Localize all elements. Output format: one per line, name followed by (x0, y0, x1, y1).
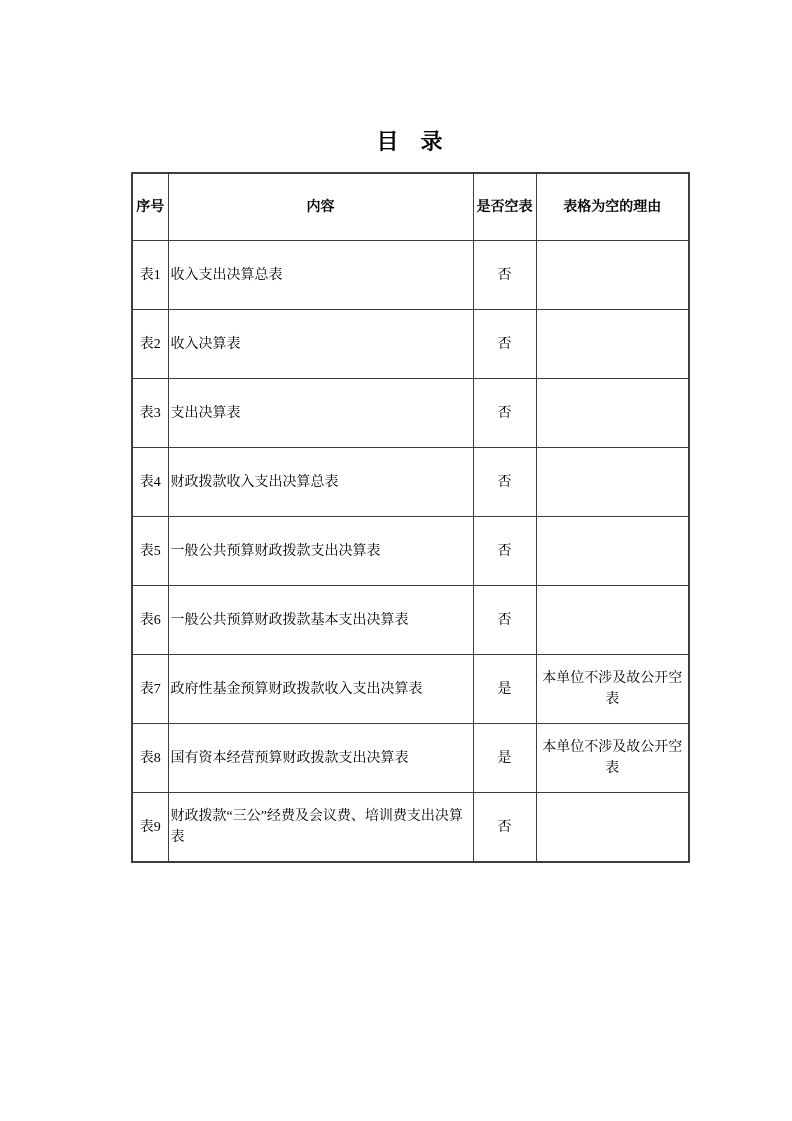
table-cell-reason (536, 241, 689, 310)
toc-table-body: 表1收入支出决算总表否表2收入决算表否表3支出决算表否表4财政拨款收入支出决算总… (132, 241, 689, 863)
table-cell-reason: 本单位不涉及故公开空表 (536, 724, 689, 793)
table-cell-content: 财政拨款“三公”经费及会议费、培训费支出决算表 (168, 793, 473, 863)
table-cell-reason (536, 310, 689, 379)
table-cell-content: 政府性基金预算财政拨款收入支出决算表 (168, 655, 473, 724)
table-cell-reason: 本单位不涉及故公开空表 (536, 655, 689, 724)
table-cell-empty: 是 (473, 724, 536, 793)
page-title: 目 录 (131, 128, 688, 156)
table-cell-no: 表2 (132, 310, 168, 379)
table-cell-reason (536, 586, 689, 655)
table-cell-no: 表8 (132, 724, 168, 793)
toc-table: 序号 内容 是否空表 表格为空的理由 表1收入支出决算总表否表2收入决算表否表3… (131, 172, 690, 863)
table-cell-empty: 否 (473, 793, 536, 863)
document-page: 目 录 序号 内容 是否空表 表格为空的理由 表1收入支出决算总表否表2收入决算… (0, 0, 792, 1121)
table-cell-empty: 否 (473, 241, 536, 310)
table-cell-no: 表3 (132, 379, 168, 448)
table-cell-no: 表9 (132, 793, 168, 863)
table-row: 表8国有资本经营预算财政拨款支出决算表是本单位不涉及故公开空表 (132, 724, 689, 793)
toc-table-header: 序号 内容 是否空表 表格为空的理由 (132, 173, 689, 241)
table-cell-no: 表6 (132, 586, 168, 655)
column-header-content: 内容 (168, 173, 473, 241)
toc-section: 目 录 序号 内容 是否空表 表格为空的理由 表1收入支出决算总表否表2收入决算… (131, 128, 688, 863)
column-header-no: 序号 (132, 173, 168, 241)
table-cell-content: 一般公共预算财政拨款基本支出决算表 (168, 586, 473, 655)
table-cell-empty: 否 (473, 379, 536, 448)
table-cell-reason (536, 517, 689, 586)
table-cell-no: 表7 (132, 655, 168, 724)
table-row: 表4财政拨款收入支出决算总表否 (132, 448, 689, 517)
table-row: 表9财政拨款“三公”经费及会议费、培训费支出决算表否 (132, 793, 689, 863)
table-cell-empty: 否 (473, 448, 536, 517)
table-cell-reason (536, 793, 689, 863)
table-cell-content: 收入支出决算总表 (168, 241, 473, 310)
table-row: 表6一般公共预算财政拨款基本支出决算表否 (132, 586, 689, 655)
table-cell-empty: 否 (473, 586, 536, 655)
column-header-reason: 表格为空的理由 (536, 173, 689, 241)
table-cell-reason (536, 448, 689, 517)
table-cell-no: 表5 (132, 517, 168, 586)
header-row: 序号 内容 是否空表 表格为空的理由 (132, 173, 689, 241)
table-cell-empty: 否 (473, 517, 536, 586)
table-cell-empty: 否 (473, 310, 536, 379)
table-row: 表2收入决算表否 (132, 310, 689, 379)
table-row: 表1收入支出决算总表否 (132, 241, 689, 310)
table-row: 表3支出决算表否 (132, 379, 689, 448)
table-cell-content: 国有资本经营预算财政拨款支出决算表 (168, 724, 473, 793)
table-cell-content: 收入决算表 (168, 310, 473, 379)
table-cell-no: 表4 (132, 448, 168, 517)
column-header-empty: 是否空表 (473, 173, 536, 241)
table-cell-content: 支出决算表 (168, 379, 473, 448)
table-cell-content: 财政拨款收入支出决算总表 (168, 448, 473, 517)
table-cell-no: 表1 (132, 241, 168, 310)
table-row: 表7政府性基金预算财政拨款收入支出决算表是本单位不涉及故公开空表 (132, 655, 689, 724)
table-cell-reason (536, 379, 689, 448)
table-row: 表5一般公共预算财政拨款支出决算表否 (132, 517, 689, 586)
table-cell-content: 一般公共预算财政拨款支出决算表 (168, 517, 473, 586)
table-cell-empty: 是 (473, 655, 536, 724)
